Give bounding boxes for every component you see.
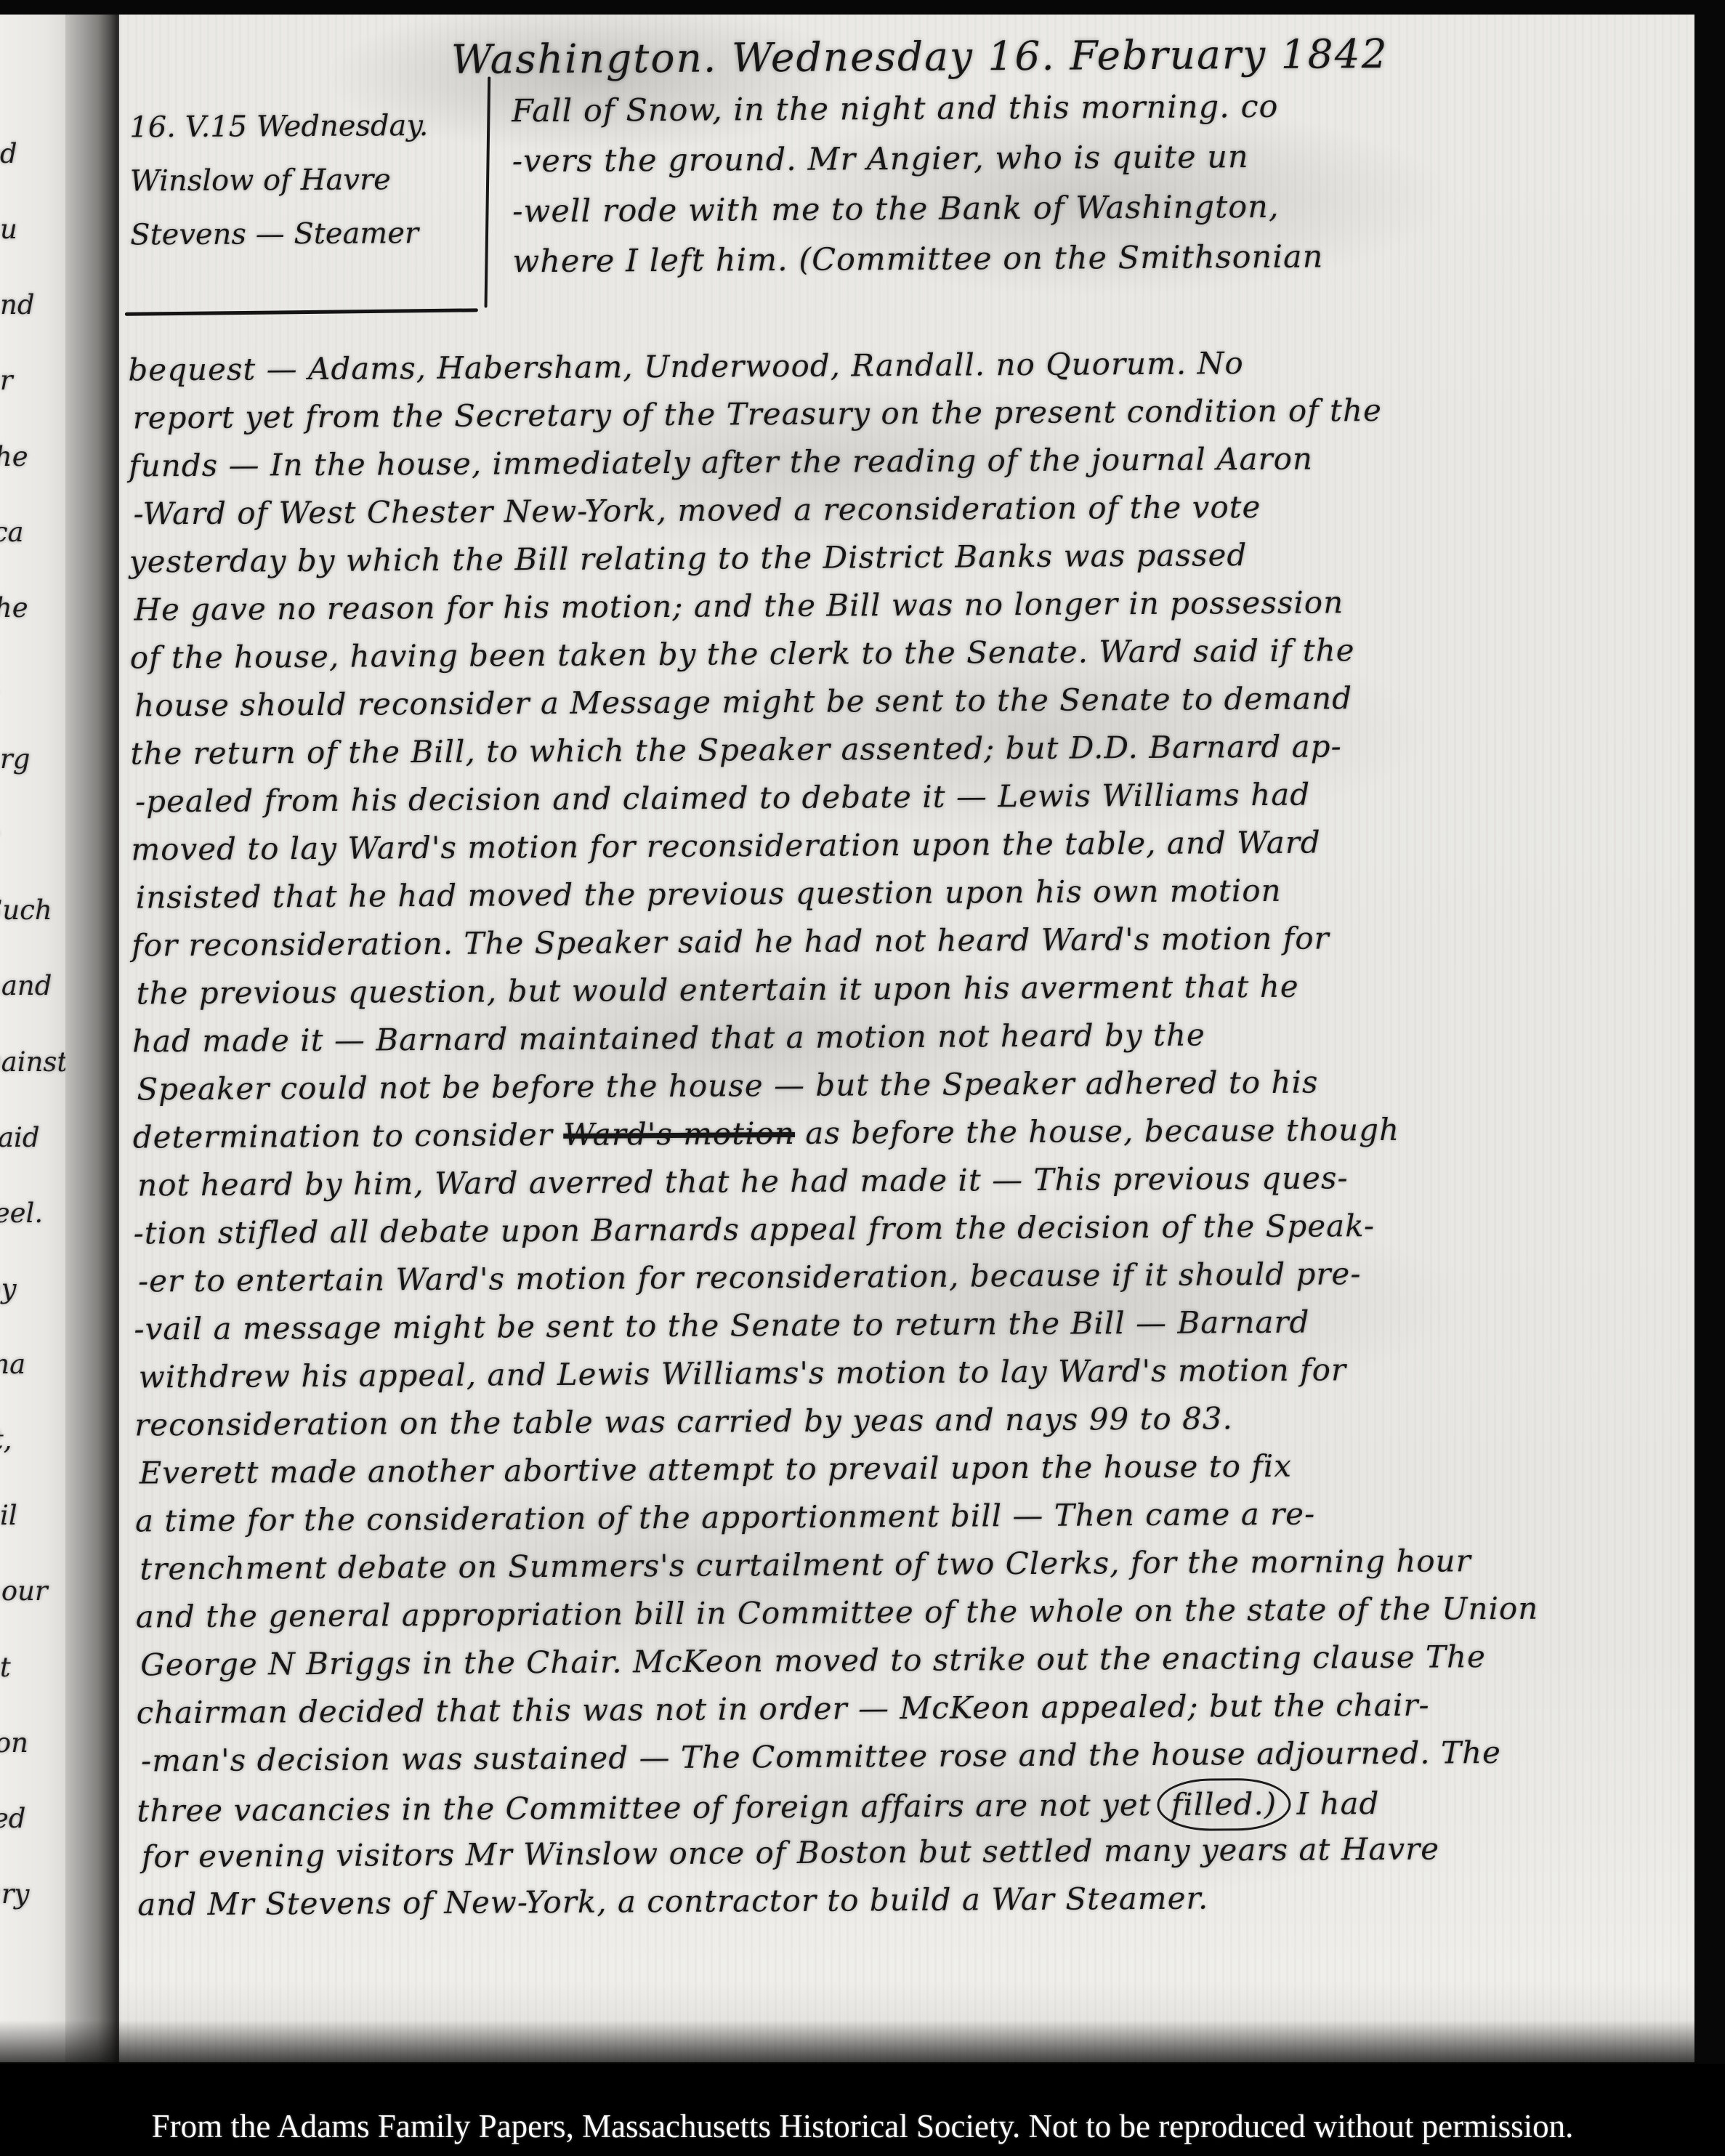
margin-underline-rule [125, 308, 478, 316]
manuscript-line: Fall of Snow, in the night and this morn… [512, 80, 1677, 137]
facing-page-text-fragment: ied [0, 1803, 65, 1834]
facing-page-text-fragment: et [0, 1652, 65, 1683]
margin-note-line: Winslow of Havre [130, 153, 472, 209]
attribution-bar: From the Adams Family Papers, Massachuse… [0, 2064, 1725, 2156]
facing-page-text-fragment: it, [0, 1424, 65, 1455]
page-content: Washington. Wednesday 16. February 1842 … [119, 15, 1694, 2062]
entry-opening-lines: Fall of Snow, in the night and this morn… [512, 80, 1678, 288]
manuscript-line: report yet from the Secretary of the Tre… [133, 384, 1688, 442]
manuscript-page: Washington. Wednesday 16. February 1842 … [119, 15, 1694, 2062]
entry-body: bequest — Adams, Habersham, Underwood, R… [128, 336, 1692, 1929]
manuscript-line: -pealed from his decision and claimed to… [135, 768, 1690, 825]
facing-page-text-fragment: hour [0, 1575, 65, 1607]
facing-page-text-fragment: by [0, 1273, 65, 1304]
struck-through-text: Ward's motion [563, 1115, 795, 1152]
facing-page-text-fragment: feel. [0, 1198, 65, 1229]
circled-text: filled.) [1158, 1778, 1291, 1831]
manuscript-line: and Mr Stevens of New-York, a contractor… [137, 1871, 1692, 1929]
facing-page-text-fragment: ail [0, 1500, 65, 1531]
manuscript-line: house should reconsider a Message might … [134, 672, 1689, 730]
facing-page-text-fragment: gainst [0, 1046, 65, 1078]
facing-page-text-fragment: said [0, 1122, 65, 1153]
facing-page-text-fragment: hand [0, 970, 65, 1001]
manuscript-line: Speaker could not be before the house — … [137, 1056, 1692, 1113]
margin-notes: 16. V.15 Wednesday.Winslow of HavreSteve… [129, 99, 472, 262]
manuscript-line: -vers the ground. Mr Angier, who is quit… [512, 129, 1677, 187]
facing-page-text-fragment: ma [0, 1349, 65, 1380]
facing-page-text-fragment: k [0, 668, 65, 699]
manuscript-line: -well rode with me to the Bank of Washin… [512, 179, 1678, 237]
manuscript-line: withdrew his appeal, and Lewis Williams'… [139, 1344, 1694, 1401]
facing-page-text-fragment: arg [0, 743, 65, 775]
margin-divider-line [485, 76, 491, 307]
facing-page-text-fragment: ury [0, 1878, 65, 1910]
manuscript-scan: edauandertheicathekargeSuchhandgainstsai… [0, 0, 1725, 2156]
book-gutter-shadow [65, 15, 119, 2062]
text-span: determination to consider [133, 1117, 564, 1155]
manuscript-line: the previous question, but would enterta… [136, 960, 1691, 1017]
facing-page-text-fragment: ton [0, 1727, 65, 1759]
facing-page-text-fragment: ica [0, 517, 65, 548]
margin-note-line: 16. V.15 Wednesday. [129, 99, 471, 155]
text-span: I had [1286, 1785, 1380, 1822]
manuscript-line: for evening visitors Mr Winslow once of … [142, 1823, 1694, 1881]
facing-page-text-fragment: e [0, 819, 65, 850]
facing-page-text-fragment: the [0, 441, 65, 472]
manuscript-line: -man's decision was sustained — The Comm… [141, 1727, 1694, 1785]
facing-page-text-fragment: er [0, 365, 65, 396]
facing-page-text-fragment: Such [0, 895, 65, 926]
text-span: three vacancies in the Committee of fore… [137, 1787, 1162, 1829]
facing-page-text-fragment: ed [0, 138, 65, 169]
facing-page-text-fragment: au [0, 214, 65, 245]
manuscript-line: He gave no reason for his motion; and th… [134, 576, 1689, 634]
facing-page-text-fragment: and [0, 289, 65, 320]
manuscript-line: where I left him. (Committee on the Smit… [512, 230, 1678, 287]
margin-note-line: Stevens — Steamer [130, 206, 472, 262]
facing-page-text-fragment: the [0, 592, 65, 623]
manuscript-line: trenchment debate on Summers's curtailme… [140, 1535, 1694, 1593]
manuscript-line: not heard by him, Ward averred that he h… [137, 1152, 1692, 1209]
manuscript-line: -er to entertain Ward's motion for recon… [138, 1248, 1693, 1305]
manuscript-line: insisted that he had moved the previous … [136, 864, 1691, 921]
text-span: as before the house, because though [795, 1112, 1399, 1151]
entry-dateline: Washington. Wednesday 16. February 1842 [295, 30, 1545, 84]
manuscript-line: Everett made another abortive attempt to… [139, 1440, 1694, 1497]
manuscript-line: -Ward of West Chester New-York, moved a … [133, 480, 1688, 538]
manuscript-line: George N Briggs in the Chair. McKeon mov… [140, 1631, 1694, 1689]
attribution-text: From the Adams Family Papers, Massachuse… [152, 2110, 1574, 2156]
facing-page-edge: edauandertheicathekargeSuchhandgainstsai… [0, 15, 65, 2062]
